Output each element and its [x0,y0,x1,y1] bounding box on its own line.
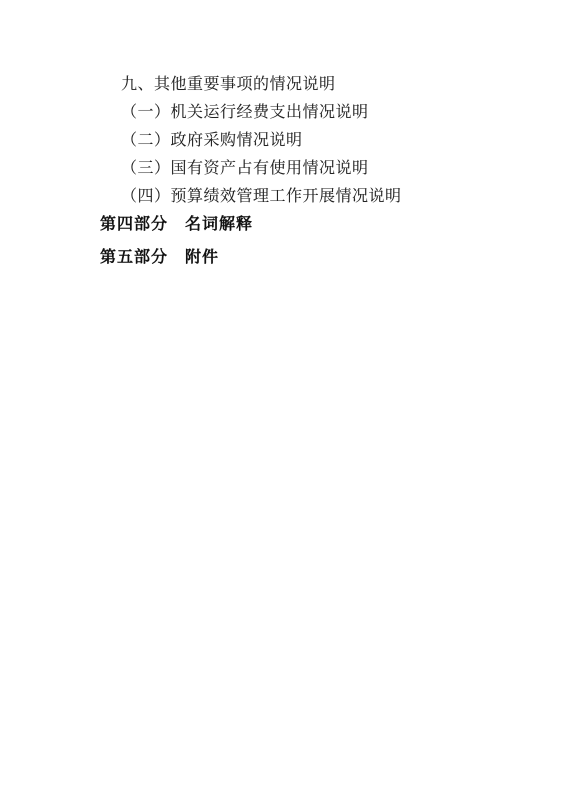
toc-block: 九、其他重要事项的情况说明 （一）机关运行经费支出情况说明 （二）政府采购情况说… [0,71,565,272]
toc-entry-government-procurement: （二）政府采购情况说明 [0,127,565,155]
toc-entry-other-important-matters: 九、其他重要事项的情况说明 [0,71,565,99]
toc-entry-state-owned-assets: （三）国有资产占有使用情况说明 [0,155,565,183]
section-heading-part-five-attachments: 第五部分 附件 [0,244,565,272]
document-page: 九、其他重要事项的情况说明 （一）机关运行经费支出情况说明 （二）政府采购情况说… [0,0,565,800]
toc-entry-budget-performance: （四）预算绩效管理工作开展情况说明 [0,183,565,211]
section-heading-part-four-glossary: 第四部分 名词解释 [0,211,565,239]
toc-entry-agency-operating-expenses: （一）机关运行经费支出情况说明 [0,99,565,127]
